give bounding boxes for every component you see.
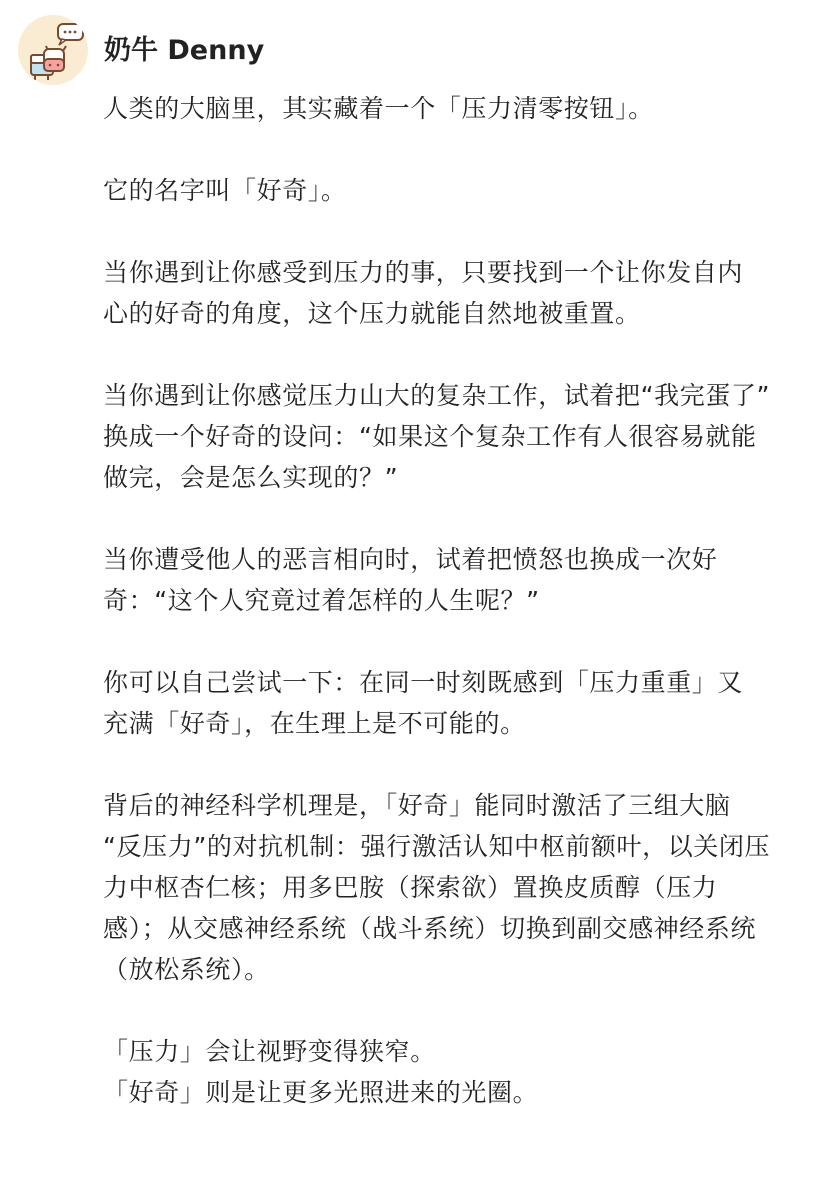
paragraph-1: 人类的大脑里，其实藏着一个「压力清零按钮」。 [103, 88, 828, 129]
paragraph-8: 「压力」会让视野变得狭窄。 「好奇」则是让更多光照进来的光圈。 [103, 1031, 828, 1113]
paragraph-6: 你可以自己尝试一下：在同一时刻既感到「压力重重」又 充满「好奇」，在生理上是不可… [103, 662, 828, 744]
paragraph-5: 当你遭受他人的恶言相向时，试着把愤怒也换成一次好 奇：“这个人究竟过着怎样的人生… [103, 539, 828, 621]
paragraph-7: 背后的神经科学机理是，「好奇」能同时激活了三组大脑 “反压力”的对抗机制：强行激… [103, 785, 828, 990]
post-header: 奶牛 Denny [18, 15, 264, 85]
post-body: 人类的大脑里，其实藏着一个「压力清零按钮」。 它的名字叫「好奇」。 当你遇到让你… [103, 88, 828, 1113]
cow-with-speech-bubble-icon [18, 15, 88, 85]
avatar[interactable] [18, 15, 88, 85]
paragraph-2: 它的名字叫「好奇」。 [103, 170, 828, 211]
paragraph-3: 当你遇到让你感受到压力的事，只要找到一个让你发自内 心的好奇的角度，这个压力就能… [103, 252, 828, 334]
author-name[interactable]: 奶牛 Denny [104, 28, 264, 67]
paragraph-4: 当你遇到让你感觉压力山大的复杂工作，试着把“我完蛋了” 换成一个好奇的设问：“如… [103, 375, 828, 498]
